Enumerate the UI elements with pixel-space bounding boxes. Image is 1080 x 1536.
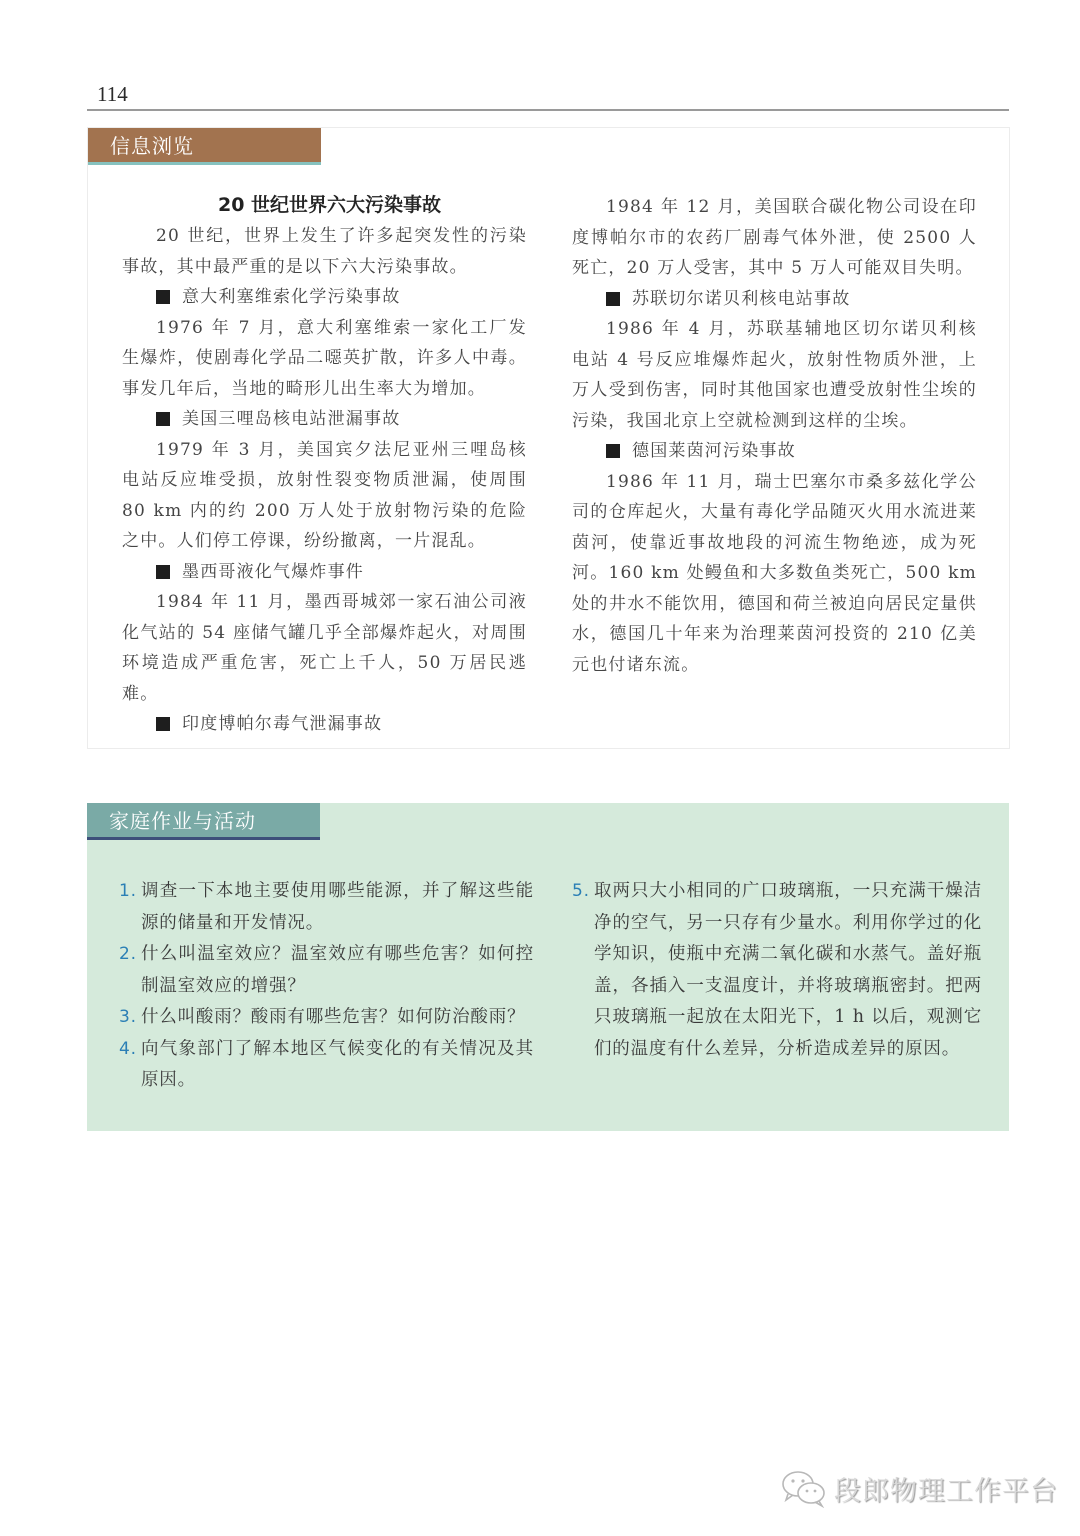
square-bullet-icon [606,292,620,306]
info-column-left: 20 世纪世界六大污染事故 20 世纪，世界上发生了许多起突发性的污染事故，其中… [122,190,527,740]
incident-body: 1976 年 7 月，意大利塞维索一家化工厂发生爆炸，使剧毒化学品二噁英扩散，许… [122,313,527,405]
homework-item-number: 3. [119,1002,141,1034]
homework-item-number: 2. [119,939,141,1002]
watermark: 段郎物理工作平台 [780,1468,1058,1508]
incident-heading: 印度博帕尔毒气泄漏事故 [122,709,527,740]
incident-body: 1984 年 11 月，墨西哥城郊一家石油公司液化气站的 54 座储气罐几乎全部… [122,587,527,709]
incident-heading-text: 美国三哩岛核电站泄漏事故 [182,404,400,435]
info-section-tab: 信息浏览 [88,128,321,165]
homework-item-text: 调查一下本地主要使用哪些能源，并了解这些能源的储量和开发情况。 [141,876,534,939]
homework-item: 4. 向气象部门了解本地区气候变化的有关情况及其原因。 [119,1034,534,1097]
wechat-icon [780,1468,828,1508]
incident-body: 1986 年 4 月，苏联基辅地区切尔诺贝利核电站 4 号反应堆爆炸起火，放射性… [572,314,977,436]
incident-body: 1986 年 11 月，瑞士巴塞尔市桑多兹化学公司的仓库起火，大量有毒化学品随灭… [572,467,977,681]
square-bullet-icon [156,717,170,731]
info-column-right: 1984 年 12 月，美国联合碳化物公司设在印度博帕尔市的农药厂剧毒气体外泄，… [572,192,977,680]
homework-item-number: 4. [119,1034,141,1097]
incident-heading-text: 印度博帕尔毒气泄漏事故 [182,709,382,740]
article-title: 20 世纪世界六大污染事故 [122,190,527,220]
homework-item-text: 什么叫酸雨？酸雨有哪些危害？如何防治酸雨？ [141,1002,534,1034]
watermark-text: 段郎物理工作平台 [834,1469,1058,1508]
incident-heading: 墨西哥液化气爆炸事件 [122,557,527,588]
info-browse-box: 信息浏览 20 世纪世界六大污染事故 20 世纪，世界上发生了许多起突发性的污染… [87,127,1010,749]
intro-paragraph: 20 世纪，世界上发生了许多起突发性的污染事故，其中最严重的是以下六大污染事故。 [122,221,527,282]
square-bullet-icon [606,444,620,458]
homework-item: 3. 什么叫酸雨？酸雨有哪些危害？如何防治酸雨？ [119,1002,534,1034]
homework-column-right: 5. 取两只大小相同的广口玻璃瓶，一只充满干燥洁净的空气，另一只存有少量水。利用… [572,876,982,1065]
square-bullet-icon [156,412,170,426]
page-number: 114 [97,82,128,107]
homework-box: 家庭作业与活动 1. 调查一下本地主要使用哪些能源，并了解这些能源的储量和开发情… [87,803,1009,1131]
square-bullet-icon [156,290,170,304]
homework-item: 5. 取两只大小相同的广口玻璃瓶，一只充满干燥洁净的空气，另一只存有少量水。利用… [572,876,982,1065]
incident-heading: 意大利塞维索化学污染事故 [122,282,527,313]
incident-heading: 美国三哩岛核电站泄漏事故 [122,404,527,435]
homework-item-text: 向气象部门了解本地区气候变化的有关情况及其原因。 [141,1034,534,1097]
incident-heading-text: 墨西哥液化气爆炸事件 [182,557,364,588]
incident-heading-text: 意大利塞维索化学污染事故 [182,282,400,313]
homework-item-number: 5. [572,876,594,1065]
homework-item-text: 什么叫温室效应？温室效应有哪些危害？如何控制温室效应的增强？ [141,939,534,1002]
homework-section-tab: 家庭作业与活动 [87,803,320,840]
homework-item: 1. 调查一下本地主要使用哪些能源，并了解这些能源的储量和开发情况。 [119,876,534,939]
homework-item-text: 取两只大小相同的广口玻璃瓶，一只充满干燥洁净的空气，另一只存有少量水。利用你学过… [594,876,982,1065]
incident-heading: 德国莱茵河污染事故 [572,436,977,467]
homework-item-number: 1. [119,876,141,939]
incident-body: 1984 年 12 月，美国联合碳化物公司设在印度博帕尔市的农药厂剧毒气体外泄，… [572,192,977,284]
header-rule [87,109,1009,111]
incident-heading: 苏联切尔诺贝利核电站事故 [572,284,977,315]
incident-body: 1979 年 3 月，美国宾夕法尼亚州三哩岛核电站反应堆受损，放射性裂变物质泄漏… [122,435,527,557]
homework-item: 2. 什么叫温室效应？温室效应有哪些危害？如何控制温室效应的增强？ [119,939,534,1002]
incident-heading-text: 苏联切尔诺贝利核电站事故 [632,284,850,315]
square-bullet-icon [156,565,170,579]
incident-heading-text: 德国莱茵河污染事故 [632,436,796,467]
homework-column-left: 1. 调查一下本地主要使用哪些能源，并了解这些能源的储量和开发情况。 2. 什么… [119,876,534,1097]
